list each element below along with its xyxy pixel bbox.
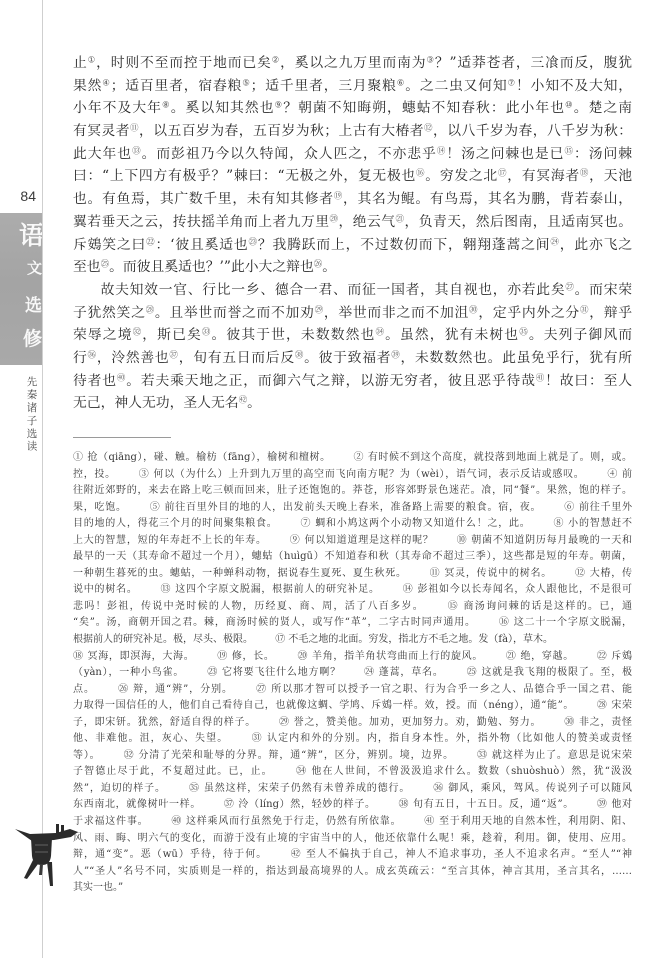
paragraph: 故夫知效一官、行比一乡、德合一君、而征一国者，其自视也，亦若此矣㉗。而宋荣 子犹… (73, 279, 632, 415)
footnote-number: ⑩ (457, 535, 468, 546)
footnote-number: ⑳ (297, 651, 308, 662)
footnote-ref-marker: ㊲ (169, 350, 178, 360)
footnote-number: ㉞ (296, 766, 307, 777)
footnote-line: （yàn），一种小鸟雀。 ㉓ 它将要飞往什么地方啊？ ㉔ 蓬蒿，草名。 ㉕ 这就… (73, 665, 632, 682)
footnote-line: 目的地的人，得花三个月的时间聚集粮食。 ⑦ 蜩和小鸠这两个小动物又知道什么！之，… (73, 516, 632, 533)
text-line: 止①，时则不至而控于地而已矣②，奚以之九万里而南为③？”适莽苍者，三飡而反，腹犹 (73, 52, 632, 75)
footnote-ref-marker: ③ (426, 55, 435, 65)
footnote-ref-marker: ⑲ (334, 191, 343, 201)
footnote-number: ㉒ (597, 651, 608, 662)
footnote-number: ㉙ (279, 717, 290, 728)
footnote-line: 等）。 ㉜ 分清了光荣和耻辱的分界。辩，通“辨”，区分，辨别。境，边界。 ㉝ 就… (73, 748, 632, 765)
text-line: 也。有鱼焉，其广数千里，未有知其修者⑲，其名为鲲。有鸟焉，其名为鹏，背若泰山， (73, 188, 632, 211)
footnote-line: 悲吗！彭祖，传说中尧时候的人物，历经夏、商、周，活了八百多岁。 ⑮ 商汤询问棘的… (73, 599, 632, 616)
text-line: 此大年也⑬。而彭祖乃今以久特闻，众人匹之，不亦悲乎⑭！汤之问棘也是已⑮：汤问棘 (73, 143, 632, 166)
footnote-number: ㉜ (124, 750, 135, 761)
footnote-ref-marker: ⑯ (416, 169, 425, 179)
text-line: 有冥灵者⑪，以五百岁为春，五百岁为秋；上古有大椿者⑫，以八千岁为春，八千岁为秋： (73, 120, 632, 143)
footnote-line: 一种朝生暮死的虫。蟪蛄，一种蝉科动物，据说春生夏死、夏生秋死。 ⑪ 冥灵，传说中… (73, 566, 632, 583)
footnote-line: 点。 ㉖ 辩，通“辨”，分别。 ㉗ 所以那才智可以授予一官之职、行为合乎一乡之人… (73, 682, 632, 699)
footnote-ref-marker: ⑱ (580, 169, 589, 179)
text-line: 待者也㊵。若夫乘天地之正，而御六气之辩，以游无穷者，彼且恶乎待哉㊶！故曰：至人 (73, 370, 632, 393)
footnote-line: ① 抢（qiāng），碰、触。榆枋（fāng），榆树和檀树。 ② 有时候不到这个… (73, 450, 632, 467)
text-line: 翼若垂天之云，抟扶摇羊角而上者九万里⑳，绝云气㉑，负青天，然后图南，且适南冥也。 (73, 211, 632, 234)
footnote-number: ㉖ (118, 684, 129, 695)
footnote-ref-marker: ⑧ (162, 101, 171, 111)
footnote-number: ⑫ (575, 568, 586, 579)
footnote-line: 力取得一国信任的人，他们自己看待自己，也就像这蜩、学鸠、斥鴳一样。效，授。而（n… (73, 698, 632, 715)
footnote-number: ㉛ (252, 733, 263, 744)
bronze-jue-vessel-icon (12, 820, 82, 890)
footnote-line: 其实一也。” (73, 880, 632, 897)
footnote-number: ② (353, 452, 364, 463)
text-line: 小年不及大年⑧。奚以知其然也⑨？朝菌不知晦朔，蟪蛄不知春秋：此小年也⑩。楚之南 (73, 97, 632, 120)
footnote-ref-marker: ㉘ (146, 305, 155, 315)
footnote-number: ㊴ (597, 799, 608, 810)
footnote-line: 果，吃饱。 ⑤ 前往百里外目的地的人，出发前头天晚上舂米，准备路上需要的粮食。宿… (73, 500, 632, 517)
series-title-char: 语 (19, 223, 42, 248)
footnote-line: “矣”。汤，商朝开国之君。棘，商汤时候的贤人，或写作“革”，二字古时同声通用。 … (73, 615, 632, 632)
footnote-ref-marker: ⑥ (397, 78, 405, 88)
footnote-number: ㊳ (399, 799, 410, 810)
footnote-number: ⑰ (275, 634, 285, 645)
footnote-line: 风、雨、晦、明六气的变化，而游于没有止境的宇宙当中的人，他还依靠什么呢！乘，趁着… (73, 831, 632, 848)
footnote-number: ④ (607, 469, 618, 480)
footnote-number: ㊷ (291, 849, 302, 860)
series-title-char: 选 (25, 298, 42, 315)
footnote-ref-marker: ㉗ (565, 282, 574, 292)
text-line: 荣辱之境㉜，斯已矣㉝。彼其于世，未数数然也㉞。虽然，犹有未树也㉟。夫列子御风而 (73, 324, 632, 347)
footnote-number: ㉔ (364, 667, 375, 678)
footnote-line: 最早的一天（其寿命不超过一个月），蟪蛄（huìgū）不知道春和秋（其寿命不超过三… (73, 549, 632, 566)
footnote-number: ③ (139, 469, 150, 480)
footnote-number: ㉝ (477, 750, 488, 761)
text-line: 行㊱，泠然善也㊲，旬有五日而后反㊳。彼于致福者㊴，未数数然也。此虽免乎行，犹有所 (73, 347, 632, 370)
footnote-number: ⑨ (290, 535, 301, 546)
footnote-number: ⑮ (448, 601, 459, 612)
footnote-number: ⑭ (403, 584, 414, 595)
footnote-ref-marker: ㉛ (580, 305, 589, 315)
footnote-number: ⑥ (564, 502, 575, 513)
footnote-number: ⑬ (161, 584, 172, 595)
footnote-number: ⑦ (301, 518, 312, 529)
footnote-ref-marker: ② (272, 55, 281, 65)
footnote-number: ⑲ (217, 651, 228, 662)
footnote-number: ⑪ (430, 568, 441, 579)
footnote-number: ㉕ (467, 667, 478, 678)
footnote-ref-marker: ④ (102, 78, 110, 88)
footnote-ref-marker: ㊷ (239, 396, 248, 406)
footnote-number: ㉘ (597, 700, 608, 711)
footnote-number: ⑯ (499, 617, 510, 628)
footnote-ref-marker: ⑨ (275, 101, 284, 111)
footnote-ref-marker: ㊳ (295, 350, 304, 360)
footnote-ref-marker: ⑤ (242, 78, 250, 88)
footnote-line: 根据前人的研究补足。极，尽头、极限。 ⑰ 不毛之地的北面。穷发，指北方不毛之地。… (73, 632, 632, 649)
footnote-number: ⑤ (150, 502, 161, 513)
footnote-line: 子，即宋钘。犹然，舒适自得的样子。 ㉙ 誉之，赞美他。加劝，更加努力。劝，勤勉、… (73, 715, 632, 732)
footnote-line: 人”“圣人”名号不同，实质则是一样的，指达到最高境界的人。成玄英疏云：“至言其体… (73, 864, 632, 881)
footnote-ref-marker: ㊱ (88, 350, 97, 360)
footnote-ref-marker: ⑩ (565, 101, 574, 111)
footnote-number: ㊱ (433, 783, 444, 794)
page-number: 84 (10, 188, 36, 204)
text-line: 果然④；适百里者，宿舂粮⑤；适千里者，三月聚粮⑥。之二虫又何知⑦！小知不及大知， (73, 75, 632, 98)
text-line: 无己，神人无功，圣人无名㊷。 (73, 392, 632, 415)
footnotes: ① 抢（qiāng），碰、触。榆枋（fāng），榆树和檀树。 ② 有时候不到这个… (73, 450, 632, 897)
text-line: 斥鴳笑之曰㉒：‘彼且奚适也㉓？我腾跃而上，不过数仞而下，翱翔蓬蒿之间㉔，此亦飞之 (73, 234, 632, 257)
footnote-ref-marker: ⑬ (132, 146, 142, 156)
footnote-ref-marker: ⑭ (437, 146, 447, 156)
footnote-number: ⑱ (73, 651, 84, 662)
footnote-line: 上大的智慧，短的年寿赶不上长的年寿。 ⑨ 何以知道道理是这样的呢？ ⑩ 朝菌不知… (73, 533, 632, 550)
footnote-number: ㉗ (256, 684, 267, 695)
footnote-ref-marker: ㉙ (315, 305, 324, 315)
footnote-ref-marker: ㉔ (550, 237, 559, 247)
footnote-ref-marker: ① (88, 55, 97, 65)
book-title-vertical: 先秦诸子选读 (26, 376, 37, 453)
footnote-number: ㊲ (224, 799, 235, 810)
footnote-number: ㉟ (189, 783, 200, 794)
footnote-ref-marker: ㉟ (519, 328, 529, 338)
footnote-ref-marker: ⑰ (498, 169, 507, 179)
footnote-number: ㉓ (207, 667, 218, 678)
footnote-ref-marker: ㉞ (375, 328, 385, 338)
footnote-separator (73, 437, 171, 438)
footnote-ref-marker: ⑪ (130, 123, 139, 133)
series-title-char: 修 (23, 330, 42, 349)
margin-rule (42, 0, 43, 958)
footnote-ref-marker: ⑫ (424, 123, 433, 133)
footnote-number: ⑧ (553, 518, 564, 529)
footnote-line: 东西南北，就像树叶一样。 ㊲ 泠（líng）然，轻妙的样子。 ㊳ 旬有五日，十五… (73, 797, 632, 814)
footnote-line: ⑱ 冥海，即溟海，大海。 ⑲ 修，长。 ⑳ 羊角，指羊角状弯曲而上行的旋风。 ㉑… (73, 649, 632, 666)
text-line: 曰：“上下四方有极乎？”棘曰：“无极之外，复无极也⑯。穷发之北⑰，有冥海者⑱，天… (73, 165, 632, 188)
footnote-ref-marker: ㉕ (101, 259, 110, 269)
footnote-ref-marker: ㉜ (133, 328, 143, 338)
footnote-ref-marker: ⑮ (564, 146, 574, 156)
footnote-number: ㊵ (171, 816, 182, 827)
main-text: 止①，时则不至而控于地而已矣②，奚以之九万里而南为③？”适莽苍者，三飡而反，腹犹… (73, 52, 632, 415)
footnote-number: ㉑ (506, 651, 517, 662)
footnote-line: 说中的树名。 ⑬ 这四个字原文脱漏，根据前人的研究补足。 ⑭ 彭祖如今以长寿闻名… (73, 582, 632, 599)
footnote-ref-marker: ⑦ (508, 78, 516, 88)
footnote-ref-marker: ㉝ (202, 328, 212, 338)
footnote-ref-marker: ㊶ (536, 373, 545, 383)
footnote-number: ① (73, 452, 84, 463)
paragraph: 止①，时则不至而控于地而已矣②，奚以之九万里而南为③？”适莽苍者，三飡而反，腹犹… (73, 52, 632, 279)
text-line: 子犹然笑之㉘。且举世而誉之而不加劝㉙，举世而非之而不加沮㉚，定乎内外之分㉛，辩乎 (73, 302, 632, 325)
footnote-line: 于求福这件事。 ㊵ 这样乘风而行虽然免于行走，仍然有所依靠。 ㊶ 至于利用天地的… (73, 814, 632, 831)
footnote-line: 往附近郊野的，来去在路上吃三顿而回来，肚子还饱饱的。莽苍，形容郊野景色迷茫。飡，… (73, 483, 632, 500)
footnote-ref-marker: ㉓ (248, 237, 257, 247)
footnote-ref-marker: ㊵ (117, 373, 126, 383)
footnote-ref-marker: ㉚ (469, 305, 478, 315)
series-title-block: 语 文 选 修 (0, 213, 42, 365)
footnote-ref-marker: ㉑ (395, 214, 404, 224)
footnote-line: 子智德止尽于此，不复超过此。已，止。 ㉞ 他在人世间，不曾汲汲追求什么。数数（s… (73, 764, 632, 781)
footnote-number: ㉚ (564, 717, 575, 728)
footnote-line: 然”，迫切的样子。 ㉟ 虽然这样，宋荣子仍然有未曾养成的德行。 ㊱ 御风，乘风，… (73, 781, 632, 798)
series-title-char: 文 (27, 261, 42, 276)
footnote-ref-marker: ㊴ (391, 350, 400, 360)
footnote-ref-marker: ㉒ (146, 237, 155, 247)
text-line: 故夫知效一官、行比一乡、德合一君、而征一国者，其自视也，亦若此矣㉗。而宋荣 (73, 279, 632, 302)
footnote-line: 他、非难他。沮，灰心、失望。 ㉛ 认定内和外的分别。内，指自身本性。外，指外物（… (73, 731, 632, 748)
footnote-number: ㊶ (424, 816, 435, 827)
text-line: 至也㉕。而彼且奚适也？’”此小大之辩也㉖。 (73, 256, 632, 279)
footnote-ref-marker: ⑳ (329, 214, 338, 224)
footnote-ref-marker: ㉖ (314, 259, 323, 269)
footnote-line: 控，投。 ③ 何以（为什么）上升到九万里的高空而飞向南方呢？为（wèi），语气词… (73, 467, 632, 484)
footnote-line: 辩，通“变”。恶（wū）乎待，待于何。 ㊷ 至人不偏执于自己，神人不追求事功，圣… (73, 847, 632, 864)
